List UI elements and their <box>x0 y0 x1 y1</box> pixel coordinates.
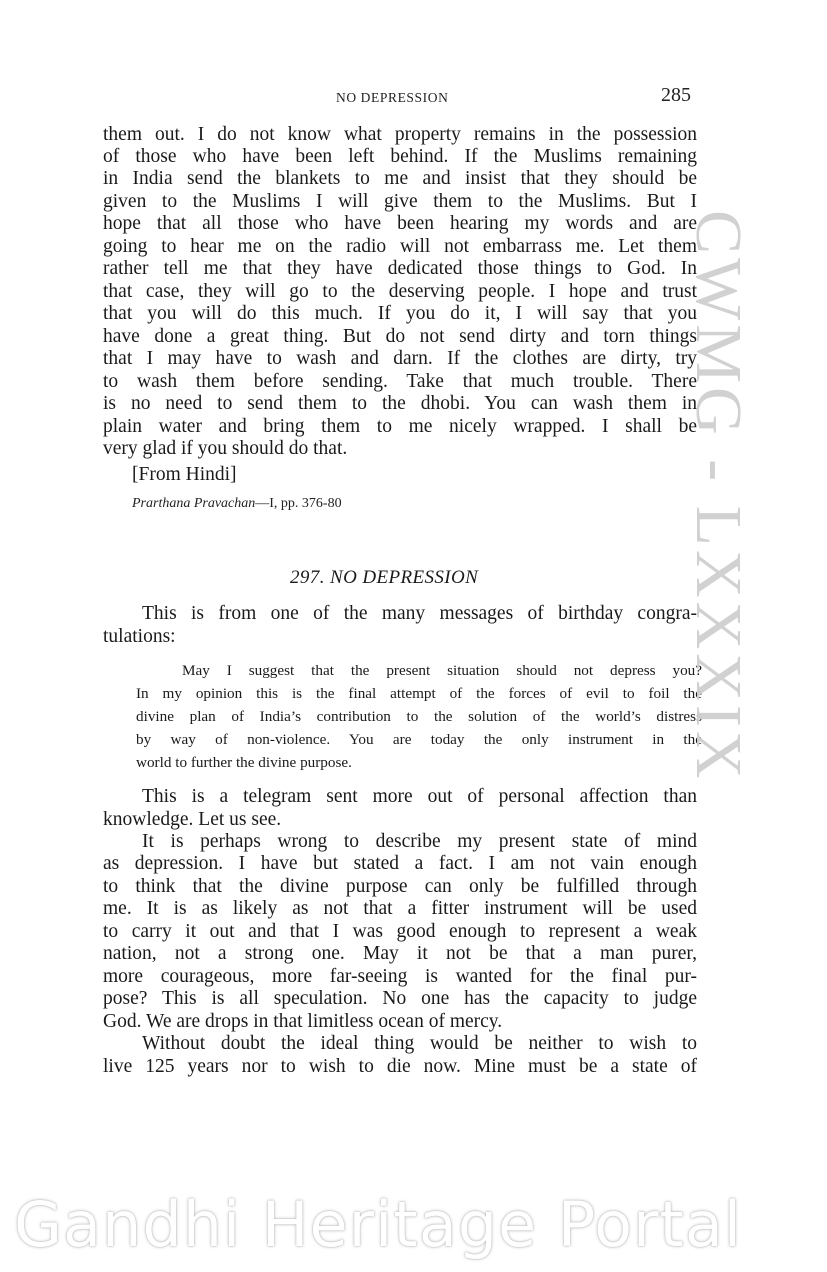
vertical-watermark: CWMG - LXXXIX <box>688 210 748 1040</box>
quote-line: by way of non-violence. You are today th… <box>136 729 702 751</box>
text-line: going to hear me on the radio will not e… <box>103 236 697 258</box>
page-number: 285 <box>661 84 691 107</box>
text-line: tulations: <box>103 626 697 648</box>
section-title: 297. NO DEPRESSION <box>290 567 478 589</box>
portal-watermark: Gandhi Heritage Portal <box>14 1188 742 1261</box>
text-line: pose? This is all speculation. No one ha… <box>103 988 697 1010</box>
text-line: have done a great thing. But do not send… <box>103 326 697 348</box>
text-line: hope that all those who have been hearin… <box>103 213 697 235</box>
text-line: that you will do this much. If you do it… <box>103 303 697 325</box>
source-pages: —I, pp. 376-80 <box>255 496 341 511</box>
text-line: is no need to send them to the dhobi. Yo… <box>103 393 697 415</box>
text-line: given to the Muslims I will give them to… <box>103 191 697 213</box>
text-line: more courageous, more far-seeing is want… <box>103 966 697 988</box>
quote-line: In my opinion this is the final attempt … <box>136 683 702 705</box>
document-page: NO DEPRESSION 285 them out. I do not kno… <box>0 0 827 1272</box>
running-title: NO DEPRESSION <box>336 90 448 106</box>
text-line: very glad if you should do that. <box>103 438 697 460</box>
text-line: to wash them before sending. Take that m… <box>103 371 697 393</box>
text-line: live 125 years nor to wish to die now. M… <box>103 1056 697 1078</box>
text-line: of those who have been left behind. If t… <box>103 146 697 168</box>
text-line: It is perhaps wrong to describe my prese… <box>142 831 697 853</box>
text-line: me. It is as likely as not that a fitter… <box>103 898 697 920</box>
quote-line: May I suggest that the present situation… <box>182 660 702 682</box>
source-title: Prarthana Pravachan <box>132 496 255 511</box>
text-line: to carry it out and that I was good enou… <box>103 921 697 943</box>
text-line: rather tell me that they have dedicated … <box>103 258 697 280</box>
text-line: that I may have to wash and darn. If the… <box>103 348 697 370</box>
text-line: as depression. I have but stated a fact.… <box>103 853 697 875</box>
text-line: plain water and bring them to me nicely … <box>103 416 697 438</box>
quote-line: world to further the divine purpose. <box>136 752 702 774</box>
text-line: God. We are drops in that limitless ocea… <box>103 1011 697 1033</box>
text-line: nation, not a strong one. May it not be … <box>103 943 697 965</box>
text-line: to think that the divine purpose can onl… <box>103 876 697 898</box>
text-line: them out. I do not know what property re… <box>103 124 697 146</box>
text-line: that case, they will go to the deserving… <box>103 281 697 303</box>
quote-line: divine plan of India’s contribution to t… <box>136 706 702 728</box>
text-line: in India send the blankets to me and ins… <box>103 168 697 190</box>
translation-note: [From Hindi] <box>132 464 237 486</box>
text-line: Without doubt the ideal thing would be n… <box>142 1033 697 1055</box>
text-line: This is from one of the many messages of… <box>142 603 697 625</box>
text-line: This is a telegram sent more out of pers… <box>142 786 697 808</box>
text-line: knowledge. Let us see. <box>103 809 697 831</box>
source-citation: Prarthana Pravachan—I, pp. 376-80 <box>132 496 342 512</box>
